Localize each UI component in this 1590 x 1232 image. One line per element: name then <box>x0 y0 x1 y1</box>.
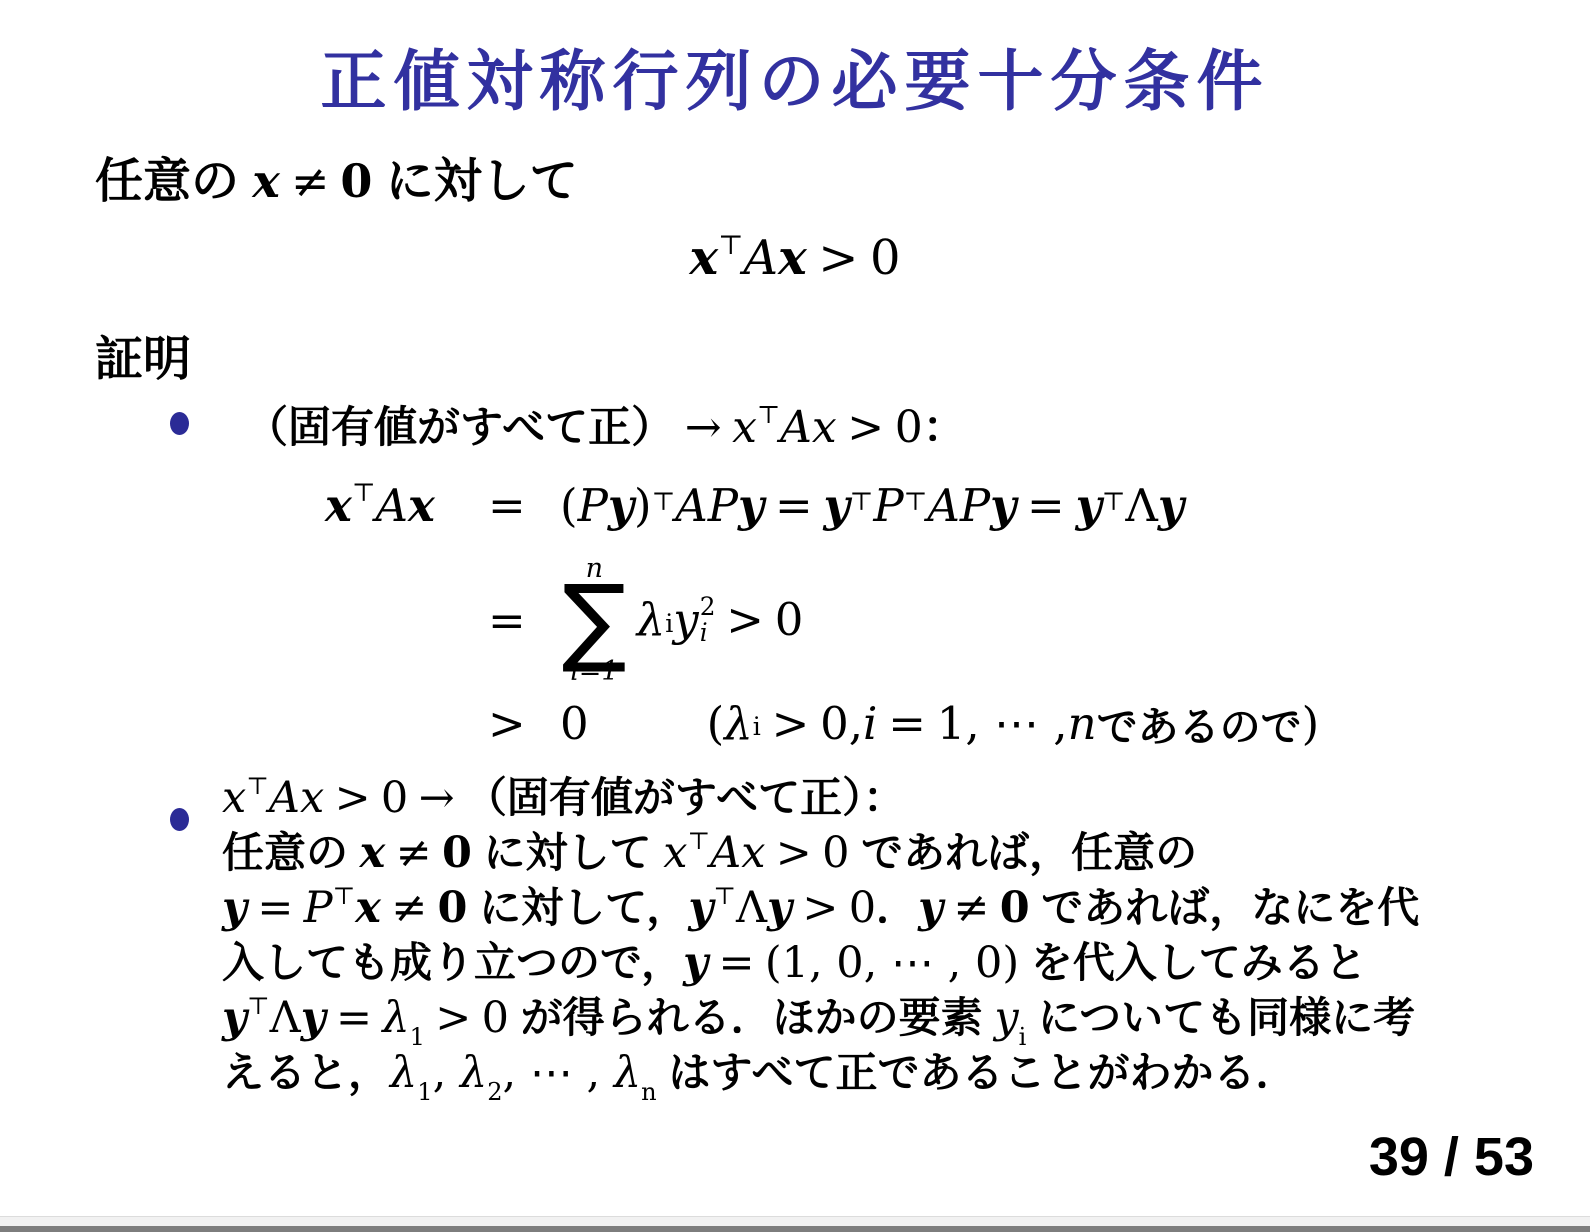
paragraph-line: y⊤Λy=λ1>0 が得られる．ほかの要素 yi についても同様に考 <box>222 990 1419 1045</box>
math-token: はすべて正であることがわかる． <box>657 1049 1298 1096</box>
math-token: = <box>877 697 936 750</box>
math-token: 2 <box>700 594 716 620</box>
math-token: x <box>732 402 757 453</box>
math-token: ( <box>560 479 578 532</box>
math-token: A <box>780 402 812 453</box>
math-token: ． <box>876 884 918 931</box>
math-token: ≠ <box>943 883 1000 933</box>
math-token: P <box>304 883 333 933</box>
math-token: A <box>743 230 778 286</box>
math-token: x <box>355 883 381 933</box>
math-token: 0 <box>482 993 509 1043</box>
math-token: 0 <box>1000 883 1030 933</box>
math-token: > <box>761 697 820 750</box>
math-token: x <box>360 828 386 878</box>
math-token: ： <box>923 404 966 452</box>
math-token: i <box>863 697 877 750</box>
math-token: 0 <box>442 828 472 878</box>
math-token: λ <box>382 993 409 1043</box>
math-token: であるので <box>1097 694 1302 753</box>
equation-relation: > <box>488 697 526 750</box>
math-token: Λ <box>736 883 767 933</box>
math-token: ⊤ <box>247 992 270 1020</box>
math-token: 1, ⋯ , <box>937 697 1068 750</box>
math-token: x <box>741 828 765 878</box>
proof-heading: 証明 <box>95 320 191 389</box>
equation-relation: = <box>488 479 526 532</box>
slide-page: 正値対称行列の必要十分条件 任意の x≠0 に対して x⊤Ax>0 証明 （固有… <box>0 0 1590 1232</box>
math-token: x <box>812 402 837 453</box>
math-token: 1 <box>410 1023 425 1051</box>
math-token: x <box>408 479 435 532</box>
math-token: P <box>708 479 738 532</box>
math-token: y <box>222 993 247 1043</box>
math-token: ⊤ <box>718 230 743 261</box>
math-token: y <box>608 479 634 532</box>
horizontal-scrollbar[interactable] <box>0 1226 1590 1232</box>
math-token: > <box>324 773 381 823</box>
math-token: y <box>222 883 247 933</box>
intro-line: 任意の x≠0 に対して <box>95 142 578 211</box>
math-token: y <box>683 938 708 988</box>
aligned-equation-row: > 0(λi>0,i=1, ⋯ , n であるので) <box>325 688 1319 758</box>
bullet1-header: （固有値がすべて正）→x⊤Ax>0： <box>245 394 966 455</box>
math-token: ⊤ <box>757 400 780 429</box>
math-token: 0 <box>775 593 804 646</box>
math-token: に対して， <box>467 884 688 931</box>
math-token: 2 <box>487 1078 502 1106</box>
math-token: 1 <box>417 1078 432 1106</box>
math-token: A <box>376 479 409 532</box>
math-token: = <box>326 993 383 1043</box>
math-token: > <box>715 593 774 646</box>
math-token: A <box>927 479 960 532</box>
math-token: y <box>738 479 764 532</box>
page-number: 39 / 53 <box>1369 1126 1534 1188</box>
math-token: > <box>765 828 822 878</box>
math-token: > <box>807 230 870 286</box>
bullet-icon <box>170 808 189 831</box>
math-token: λ <box>724 697 753 750</box>
math-token: = <box>708 938 765 988</box>
math-token: ⊤ <box>352 478 376 507</box>
math-token: x <box>690 230 719 286</box>
math-token: 0 <box>438 883 468 933</box>
math-token: P <box>578 479 608 532</box>
math-token: 任意の <box>95 155 252 208</box>
math-token: 0 <box>381 773 408 823</box>
equation-rhs: 0(λi>0,i=1, ⋯ , n であるので) <box>560 694 1319 753</box>
math-token: A <box>269 773 300 823</box>
math-token: x <box>252 154 279 208</box>
equation-lhs: x⊤Ax <box>325 479 435 532</box>
paragraph-line: 任意の x≠0 に対して x⊤Ax>0 であれば，任意の <box>222 825 1419 880</box>
math-token: 0, <box>820 697 863 750</box>
equation-rhs: (Py)⊤APy=y⊤P⊤APy=y⊤Λy <box>560 479 1184 532</box>
math-token: y <box>1076 479 1102 532</box>
math-token: ) <box>1302 697 1320 750</box>
math-token: ∑ <box>562 582 627 659</box>
math-token: A <box>710 828 741 878</box>
math-token: y <box>994 993 1018 1043</box>
math-token: , ⋯ , <box>503 1048 614 1098</box>
slide-title: 正値対称行列の必要十分条件 <box>0 28 1590 123</box>
math-token: （固有値がすべて正）： <box>465 774 905 821</box>
math-token: ≠ <box>381 883 438 933</box>
aligned-equation-row: = n∑i=1λiy2i>0 <box>325 545 803 695</box>
paragraph-line: y=P⊤x≠0 に対して，y⊤Λy>0．y≠0 であれば，なにを代 <box>222 880 1419 935</box>
math-token: x <box>300 773 324 823</box>
math-token: ( <box>707 697 725 750</box>
math-token: Λ <box>1125 479 1158 532</box>
math-token: についても同様に考 <box>1026 994 1415 1041</box>
math-token: λ <box>614 1048 641 1098</box>
math-token: P <box>873 479 903 532</box>
equation-relation: = <box>488 594 526 647</box>
math-token: （固有値がすべて正） <box>245 404 674 452</box>
math-token: i <box>700 620 708 646</box>
math-token: λ <box>460 1048 487 1098</box>
math-token: ) <box>634 479 652 532</box>
math-token: y <box>990 479 1016 532</box>
summation-symbol: n∑i=1 <box>562 555 627 686</box>
math-token: 0 <box>822 828 849 878</box>
bullet2-paragraph: x⊤Ax>0→（固有値がすべて正）： 任意の x≠0 に対して x⊤Ax>0 で… <box>222 770 1419 1100</box>
paragraph-line: x⊤Ax>0→（固有値がすべて正）： <box>222 770 1419 825</box>
math-token: > <box>792 883 849 933</box>
math-token: n <box>641 1078 657 1106</box>
math-token: A <box>675 479 708 532</box>
math-token: y <box>918 883 943 933</box>
math-token: ≠ <box>280 154 341 208</box>
math-token: であれば，なにを代 <box>1030 884 1420 931</box>
math-token: 0 <box>849 883 876 933</box>
math-token: λ <box>637 593 666 646</box>
math-token: ⊤ <box>713 882 736 910</box>
math-token: y <box>1158 479 1184 532</box>
math-token: > <box>425 993 482 1043</box>
math-token: Λ <box>270 993 301 1043</box>
math-token: y <box>673 593 698 646</box>
display-equation: x⊤Ax>0 <box>0 230 1590 286</box>
math-token: x <box>778 230 807 286</box>
math-token: 任意の <box>222 829 360 876</box>
equation-rhs: n∑i=1λiy2i>0 <box>560 555 803 686</box>
math-token: 2i <box>700 594 716 646</box>
math-token: 0 <box>560 697 589 750</box>
math-token: = <box>247 883 304 933</box>
math-token: 0 <box>895 402 923 453</box>
math-token: 入しても成り立つので， <box>222 939 683 986</box>
paragraph-line: えると，λ1, λ2, ⋯ , λn はすべて正であることがわかる． <box>222 1045 1419 1100</box>
math-token: y <box>301 993 326 1043</box>
math-token: であれば，任意の <box>850 829 1198 876</box>
math-token: i <box>1019 1023 1027 1051</box>
math-token: > <box>837 402 895 453</box>
math-token: ⊤ <box>333 882 356 910</box>
math-token: x <box>325 479 352 532</box>
paragraph-line: 入しても成り立つので，y=(1, 0, ⋯ , 0) を代入してみると <box>222 935 1419 990</box>
math-token: , <box>433 1048 460 1098</box>
math-token: λ <box>390 1048 417 1098</box>
math-token: 0 <box>870 230 901 286</box>
math-token: を代入してみると <box>1019 939 1367 986</box>
math-token: y <box>767 883 792 933</box>
math-token: → <box>674 402 732 453</box>
math-token: ⊤ <box>688 827 711 855</box>
aligned-equation-row: x⊤Ax = (Py)⊤APy=y⊤P⊤APy=y⊤Λy <box>325 472 1184 538</box>
math-token: n <box>1068 697 1097 750</box>
math-token: y <box>824 479 850 532</box>
math-token: i=1 <box>570 658 618 685</box>
math-token: = <box>1016 479 1075 532</box>
math-token: 0 <box>340 154 372 208</box>
math-token: えると， <box>222 1049 390 1096</box>
math-token: に対して <box>372 155 577 208</box>
math-token: ⊤ <box>246 772 269 800</box>
bullet-icon <box>170 412 189 435</box>
math-token: y <box>688 883 713 933</box>
math-token: → <box>408 773 465 823</box>
math-token: x <box>222 773 246 823</box>
math-token: x <box>663 828 687 878</box>
math-token: に対して <box>472 829 663 876</box>
math-token: = <box>764 479 823 532</box>
math-token: ≠ <box>385 828 442 878</box>
math-token: が得られる．ほかの要素 <box>509 994 994 1041</box>
math-token: (1, 0, ⋯ , 0) <box>765 938 1019 988</box>
math-token: P <box>960 479 990 532</box>
